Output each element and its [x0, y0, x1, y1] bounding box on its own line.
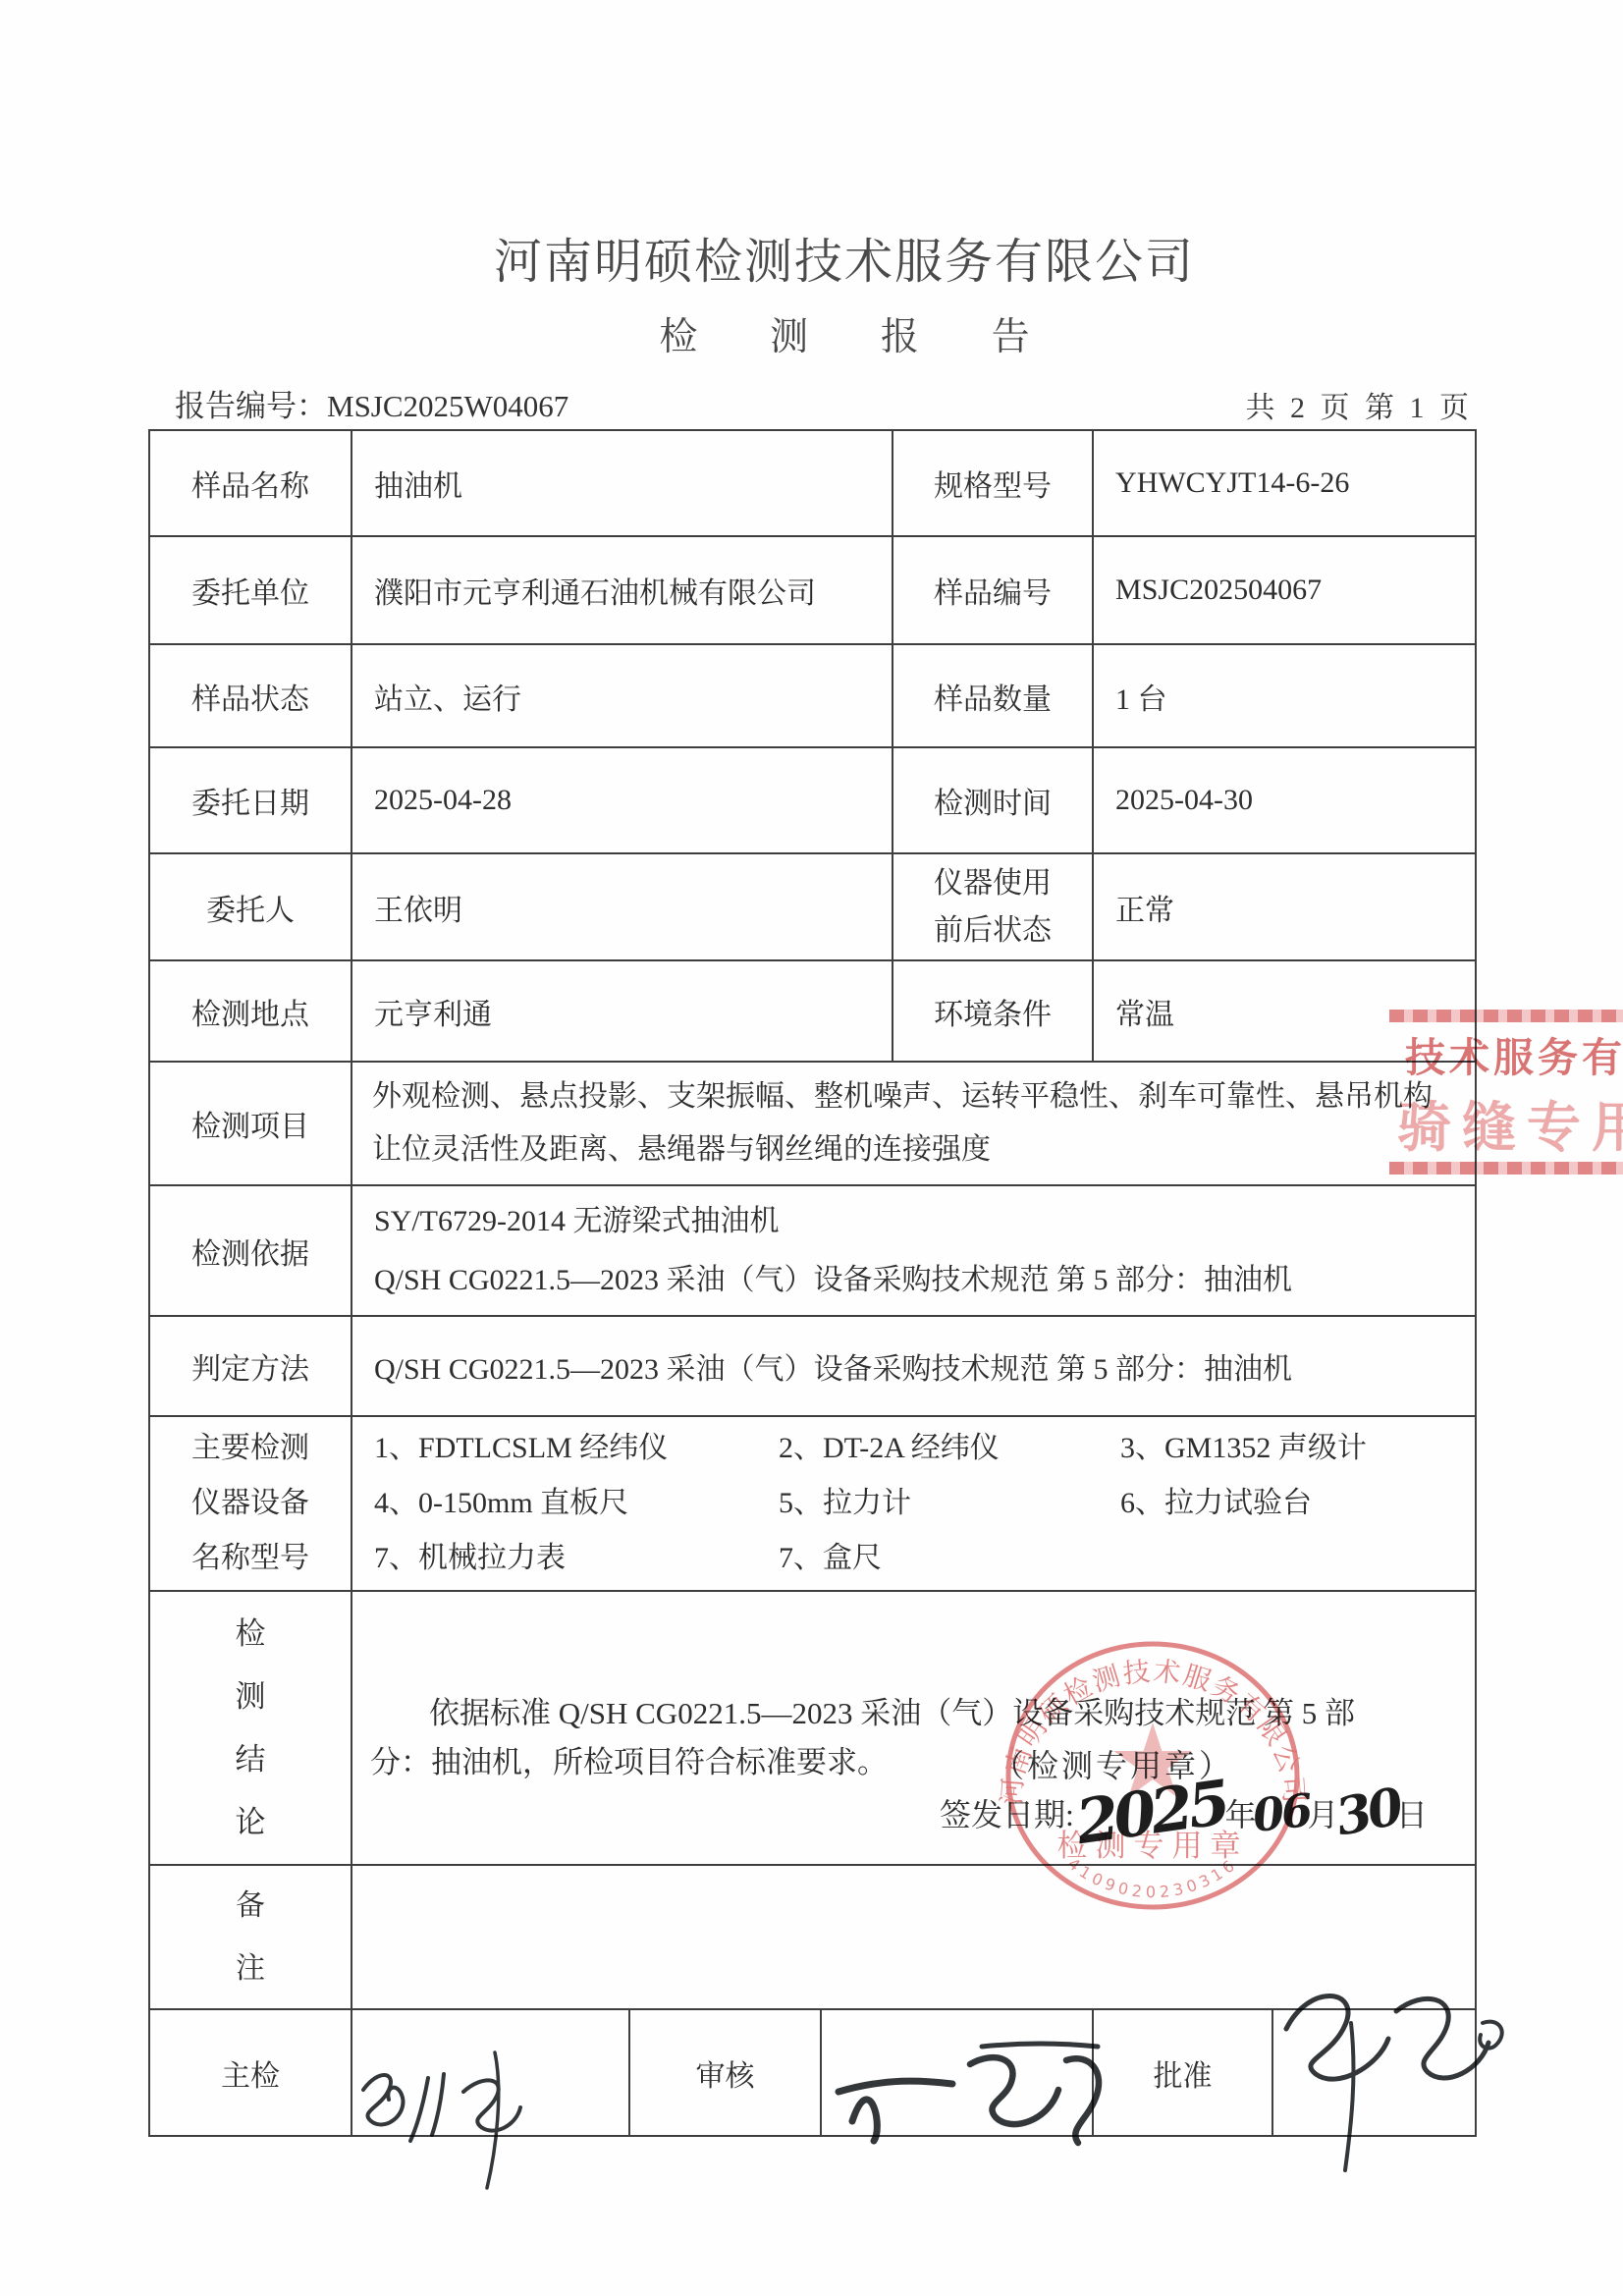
- instrument-item: 2、DT-2A 经纬仪: [779, 1421, 1120, 1476]
- instrument-item: 3、GM1352 声级计: [1120, 1421, 1467, 1476]
- straddle-seal-stamp: 技术服务有限 骑缝专用章: [1389, 1010, 1623, 1176]
- seal-star-icon: [1113, 1722, 1192, 1797]
- report-number-label: 报告编号：: [175, 389, 327, 423]
- test-basis-line2: Q/SH CG0221.5—2023 采油（气）设备采购技术规范 第 5 部分：…: [374, 1251, 1467, 1310]
- test-items-row: 检测项目 外观检测、悬点投影、支架振幅、整机噪声、运转平稳性、刹车可靠性、悬吊机…: [149, 1062, 1476, 1185]
- test-basis-label: 检测依据: [149, 1185, 352, 1316]
- row-label: 委托日期: [149, 747, 352, 853]
- table-row: 样品状态 站立、运行 样品数量 1 台: [149, 644, 1476, 747]
- instrument-item: 5、拉力计: [779, 1476, 1120, 1531]
- row-label: 委托人: [149, 853, 352, 960]
- chief-inspector-signature: [346, 2039, 571, 2191]
- instrument-item: 7、机械拉力表: [374, 1531, 779, 1586]
- table-row: 检测地点 元亨利通 环境条件 常温: [149, 960, 1476, 1062]
- row-value: 正常: [1093, 853, 1476, 960]
- row-value: 王依明: [352, 853, 893, 960]
- straddle-seal-top-border: [1389, 1010, 1623, 1022]
- pagination: 共 2 页 第 1 页: [1246, 383, 1474, 426]
- row-value: 抽油机: [352, 430, 893, 536]
- approver-label: 批准: [1093, 2009, 1272, 2136]
- handwritten-day: 30: [1330, 1777, 1404, 1847]
- document-title: 检 测 报 告: [0, 306, 1623, 361]
- instrument-item: 7、盒尺: [779, 1531, 1120, 1586]
- straddle-seal-line1: 技术服务有限: [1405, 1025, 1623, 1083]
- chief-inspector-label: 主检: [149, 2009, 352, 2136]
- judgment-label: 判定方法: [149, 1316, 352, 1416]
- test-items-value: 外观检测、悬点投影、支架振幅、整机噪声、运转平稳性、刹车可靠性、悬吊机构让位灵活…: [352, 1062, 1476, 1185]
- reviewer-signature: [825, 2035, 1114, 2158]
- instrument-item: 6、拉力试验台: [1120, 1476, 1467, 1531]
- row-label: 样品名称: [149, 430, 352, 536]
- company-title: 河南明硕检测技术服务有限公司: [0, 224, 1623, 293]
- instruments-row: 主要检测 仪器设备 名称型号 1、FDTLCSLM 经纬仪 2、DT-2A 经纬…: [149, 1416, 1476, 1591]
- instruments-line: 1、FDTLCSLM 经纬仪 2、DT-2A 经纬仪 3、GM1352 声级计: [374, 1421, 1467, 1476]
- straddle-seal-bottom-border: [1389, 1162, 1623, 1175]
- report-number-value: MSJC2025W04067: [327, 389, 568, 423]
- row-label: 规格型号: [893, 430, 1093, 536]
- table-row: 委托单位 濮阳市元亨利通石油机械有限公司 样品编号 MSJC202504067: [149, 536, 1476, 644]
- row-label: 样品状态: [149, 644, 352, 747]
- row-value: MSJC202504067: [1093, 536, 1476, 644]
- row-value: 站立、运行: [352, 644, 893, 747]
- row-label: 环境条件: [893, 960, 1093, 1062]
- judgment-value: Q/SH CG0221.5—2023 采油（气）设备采购技术规范 第 5 部分：…: [352, 1316, 1476, 1416]
- judgment-row: 判定方法 Q/SH CG0221.5—2023 采油（气）设备采购技术规范 第 …: [149, 1316, 1476, 1416]
- row-value: 2025-04-28: [352, 747, 893, 853]
- row-value: 元亨利通: [352, 960, 893, 1062]
- report-number-line: 报告编号：MSJC2025W04067: [175, 381, 568, 425]
- row-label: 委托单位: [149, 536, 352, 644]
- straddle-seal-line2: 骑缝专用章: [1397, 1084, 1623, 1162]
- table-row: 委托人 王依明 仪器使用 前后状态 正常: [149, 853, 1476, 960]
- row-value: YHWCYJT14-6-26: [1093, 430, 1476, 536]
- instrument-item: 4、0-150mm 直板尺: [374, 1476, 779, 1531]
- round-company-seal: 河南明硕检测技术服务有限公司 检测专用章 4109020230316: [999, 1638, 1308, 1923]
- row-label: 检测地点: [149, 960, 352, 1062]
- approver-signature: [1259, 1968, 1519, 2179]
- report-page: 河南明硕检测技术服务有限公司 检 测 报 告 报告编号：MSJC2025W040…: [0, 0, 1623, 2296]
- test-items-label: 检测项目: [149, 1062, 352, 1185]
- test-basis-row: 检测依据 SY/T6729-2014 无游梁式抽油机 Q/SH CG0221.5…: [149, 1185, 1476, 1316]
- instruments-label: 主要检测 仪器设备 名称型号: [154, 1421, 347, 1586]
- instruments-line: 7、机械拉力表 7、盒尺: [374, 1531, 1467, 1586]
- row-label: 样品数量: [893, 644, 1093, 747]
- instruments-value: 1、FDTLCSLM 经纬仪 2、DT-2A 经纬仪 3、GM1352 声级计 …: [352, 1416, 1476, 1591]
- row-value: 2025-04-30: [1093, 747, 1476, 853]
- row-value: 1 台: [1093, 644, 1476, 747]
- remark-label: 备 注: [154, 1875, 347, 2000]
- instrument-item: 1、FDTLCSLM 经纬仪: [374, 1421, 779, 1476]
- table-row: 样品名称 抽油机 规格型号 YHWCYJT14-6-26: [149, 430, 1476, 536]
- seal-title-text: 检测专用章: [1057, 1829, 1249, 1863]
- instruments-line: 4、0-150mm 直板尺 5、拉力计 6、拉力试验台: [374, 1476, 1467, 1531]
- instrument-item: [1120, 1531, 1467, 1586]
- test-basis-value: SY/T6729-2014 无游梁式抽油机 Q/SH CG0221.5—2023…: [352, 1185, 1476, 1316]
- row-value: 濮阳市元亨利通石油机械有限公司: [352, 536, 893, 644]
- table-row: 委托日期 2025-04-28 检测时间 2025-04-30: [149, 747, 1476, 853]
- row-label: 检测时间: [893, 747, 1093, 853]
- reviewer-label: 审核: [629, 2009, 821, 2136]
- row-label: 仪器使用 前后状态: [897, 860, 1088, 955]
- conclusion-label: 检 测 结 论: [154, 1603, 347, 1854]
- row-label: 样品编号: [893, 536, 1093, 644]
- test-basis-line1: SY/T6729-2014 无游梁式抽油机: [374, 1192, 1467, 1251]
